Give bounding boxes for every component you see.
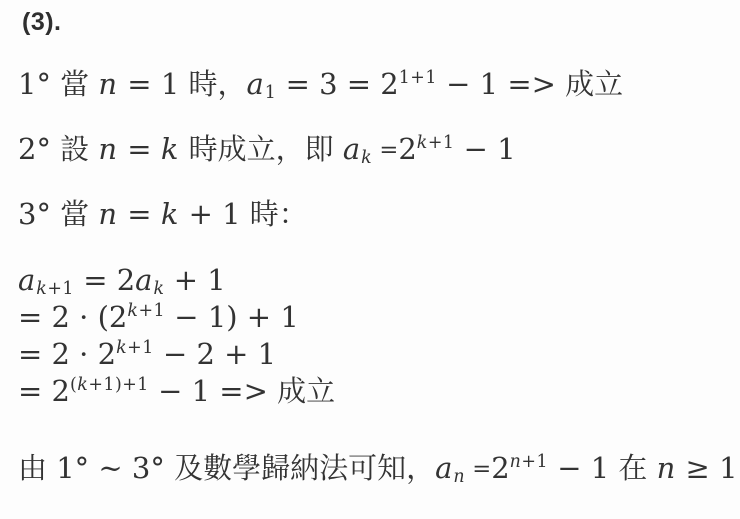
proof-line-conclusion: 由 1° ~ 3° 及數學歸納法可知，an =2n+1 − 1 在 n ≥ 1 …	[18, 452, 740, 485]
proof-line-derivation-step-1: ak+1 = 2ak + 1	[18, 264, 226, 297]
proof-line-derivation-step-2: = 2 · (2k+1 − 1) + 1	[18, 301, 299, 334]
proof-line-induction-step-intro: 3° 當 n = k + 1 時：	[18, 198, 308, 231]
proof-line-induction-hypothesis: 2° 設 n = k 時成立，即 ak =2k+1 − 1	[18, 133, 516, 166]
proof-line-derivation-step-3: = 2 · 2k+1 − 2 + 1	[18, 338, 276, 371]
math-proof-document: (3). 1° 當 n = 1 時，a1 = 3 = 21+1 − 1 => 成…	[0, 0, 740, 519]
section-heading: (3).	[22, 8, 62, 37]
proof-line-derivation-step-4: = 2(k+1)+1 − 1 => 成立	[18, 375, 335, 408]
proof-line-base-case: 1° 當 n = 1 時，a1 = 3 = 21+1 − 1 => 成立	[18, 68, 623, 101]
